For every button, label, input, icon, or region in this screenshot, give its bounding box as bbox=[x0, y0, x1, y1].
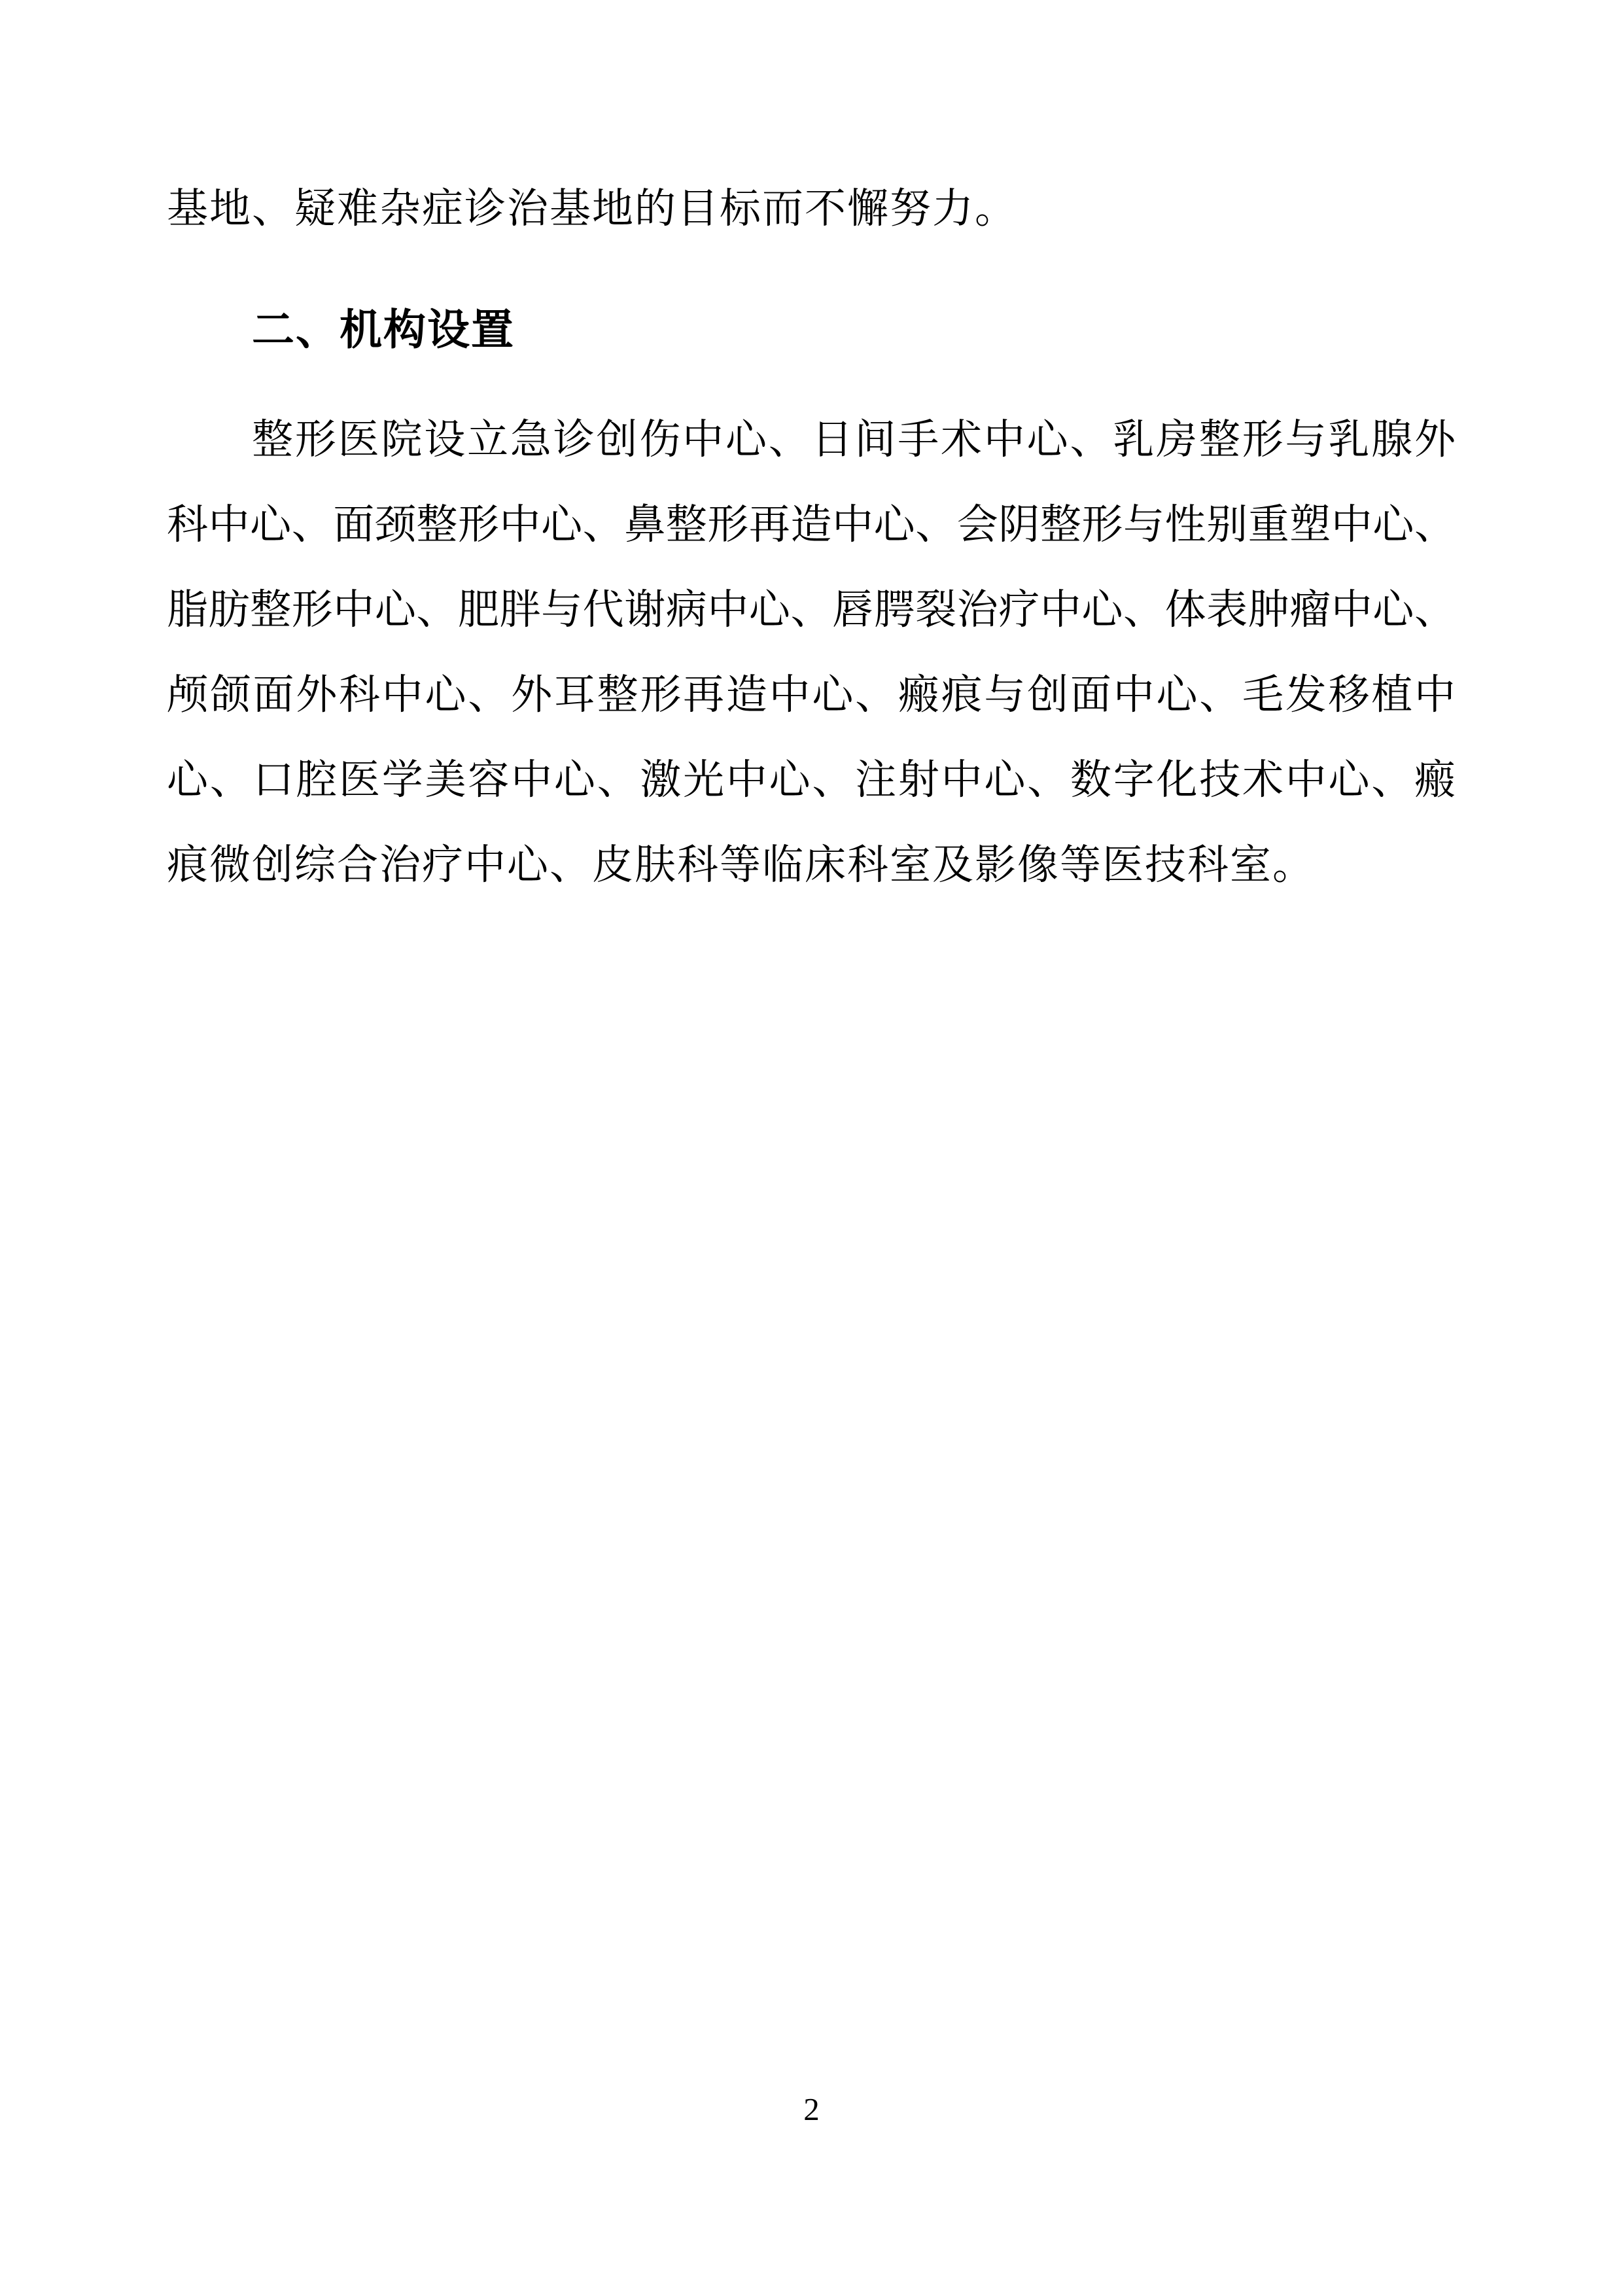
section-heading: 二、机构设置 bbox=[167, 287, 1456, 372]
previous-paragraph-tail: 基地、疑难杂症诊治基地的目标而不懈努力。 bbox=[167, 166, 1456, 251]
paragraph-line-4: 颅颌面外科中心、外耳整形再造中心、瘢痕与创面中心、毛发移植中 bbox=[167, 652, 1456, 737]
paragraph-line-2: 科中心、面颈整形中心、鼻整形再造中心、会阴整形与性别重塑中心、 bbox=[167, 482, 1456, 567]
document-content: 基地、疑难杂症诊治基地的目标而不懈努力。 二、机构设置 整形医院设立急诊创伤中心… bbox=[167, 166, 1456, 908]
body-paragraph: 整形医院设立急诊创伤中心、日间手术中心、乳房整形与乳腺外 科中心、面颈整形中心、… bbox=[167, 397, 1456, 908]
page-number: 2 bbox=[803, 2091, 820, 2127]
document-page: 基地、疑难杂症诊治基地的目标而不懈努力。 二、机构设置 整形医院设立急诊创伤中心… bbox=[0, 0, 1623, 2296]
paragraph-line-1: 整形医院设立急诊创伤中心、日间手术中心、乳房整形与乳腺外 bbox=[167, 397, 1456, 482]
paragraph-line-6: 痕微创综合治疗中心、皮肤科等临床科室及影像等医技科室。 bbox=[167, 822, 1456, 908]
paragraph-line-3: 脂肪整形中心、肥胖与代谢病中心、唇腭裂治疗中心、体表肿瘤中心、 bbox=[167, 567, 1456, 652]
paragraph-line-5: 心、口腔医学美容中心、激光中心、注射中心、数字化技术中心、瘢 bbox=[167, 737, 1456, 822]
page-footer: 2 bbox=[0, 2091, 1623, 2128]
